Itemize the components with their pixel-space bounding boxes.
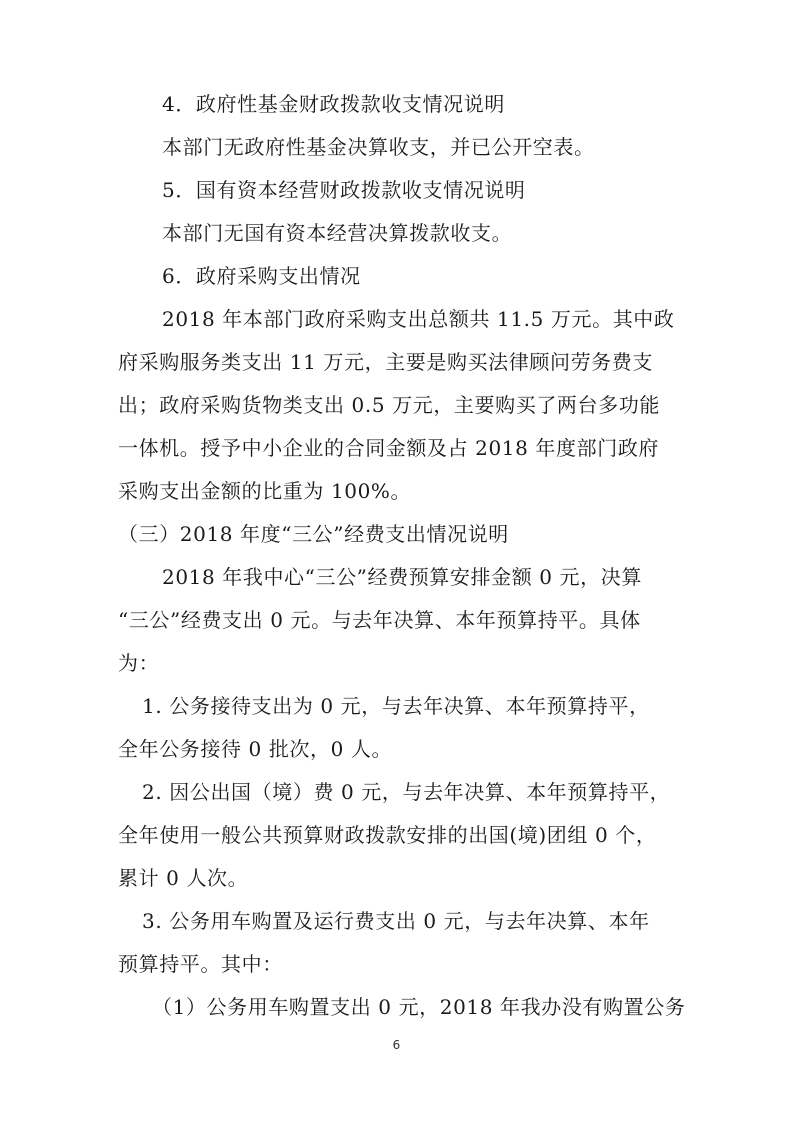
text-line: 一体机。授予中小企业的合同金额及占 2018 年度部门政府 xyxy=(118,435,674,461)
page-number: 6 xyxy=(0,1038,793,1052)
text-line: 本部门无政府性基金决算收支，并已公开空表。 xyxy=(162,134,674,160)
text-line: 采购支出金额的比重为 100%。 xyxy=(118,478,674,504)
text-line: （三）2018 年度“三公”经费支出情况说明 xyxy=(118,521,674,547)
text-line: 2. 因公出国（境）费 0 元，与去年决算、本年预算持平， xyxy=(142,779,674,805)
text-line: 府采购服务类支出 11 万元，主要是购买法律顾问劳务费支 xyxy=(118,349,674,375)
text-line: 5．国有资本经营财政拨款收支情况说明 xyxy=(162,177,674,203)
text-line: 4．政府性基金财政拨款收支情况说明 xyxy=(162,91,674,117)
text-line: 2018 年本部门政府采购支出总额共 11.5 万元。其中政 xyxy=(162,306,674,332)
text-line: 出；政府采购货物类支出 0.5 万元，主要购买了两台多功能 xyxy=(118,392,674,418)
text-line: 1. 公务接待支出为 0 元，与去年决算、本年预算持平， xyxy=(142,693,674,719)
text-line: 2018 年我中心“三公”经费预算安排金额 0 元，决算 xyxy=(162,564,674,590)
text-line: 累计 0 人次。 xyxy=(118,865,674,891)
text-line: 6．政府采购支出情况 xyxy=(162,263,674,289)
text-line: 为： xyxy=(118,650,674,676)
text-line: 全年使用一般公共预算财政拨款安排的出国(境)团组 0 个， xyxy=(118,822,674,848)
text-line: 本部门无国有资本经营决算拨款收支。 xyxy=(162,220,674,246)
text-line: 预算持平。其中： xyxy=(118,951,674,977)
document-page: 4．政府性基金财政拨款收支情况说明本部门无政府性基金决算收支，并已公开空表。5．… xyxy=(0,0,793,1122)
text-line: （1）公务用车购置支出 0 元，2018 年我办没有购置公务 xyxy=(152,994,674,1020)
text-line: 3. 公务用车购置及运行费支出 0 元，与去年决算、本年 xyxy=(142,908,674,934)
text-line: “三公”经费支出 0 元。与去年决算、本年预算持平。具体 xyxy=(118,607,674,633)
text-line: 全年公务接待 0 批次，0 人。 xyxy=(118,736,674,762)
